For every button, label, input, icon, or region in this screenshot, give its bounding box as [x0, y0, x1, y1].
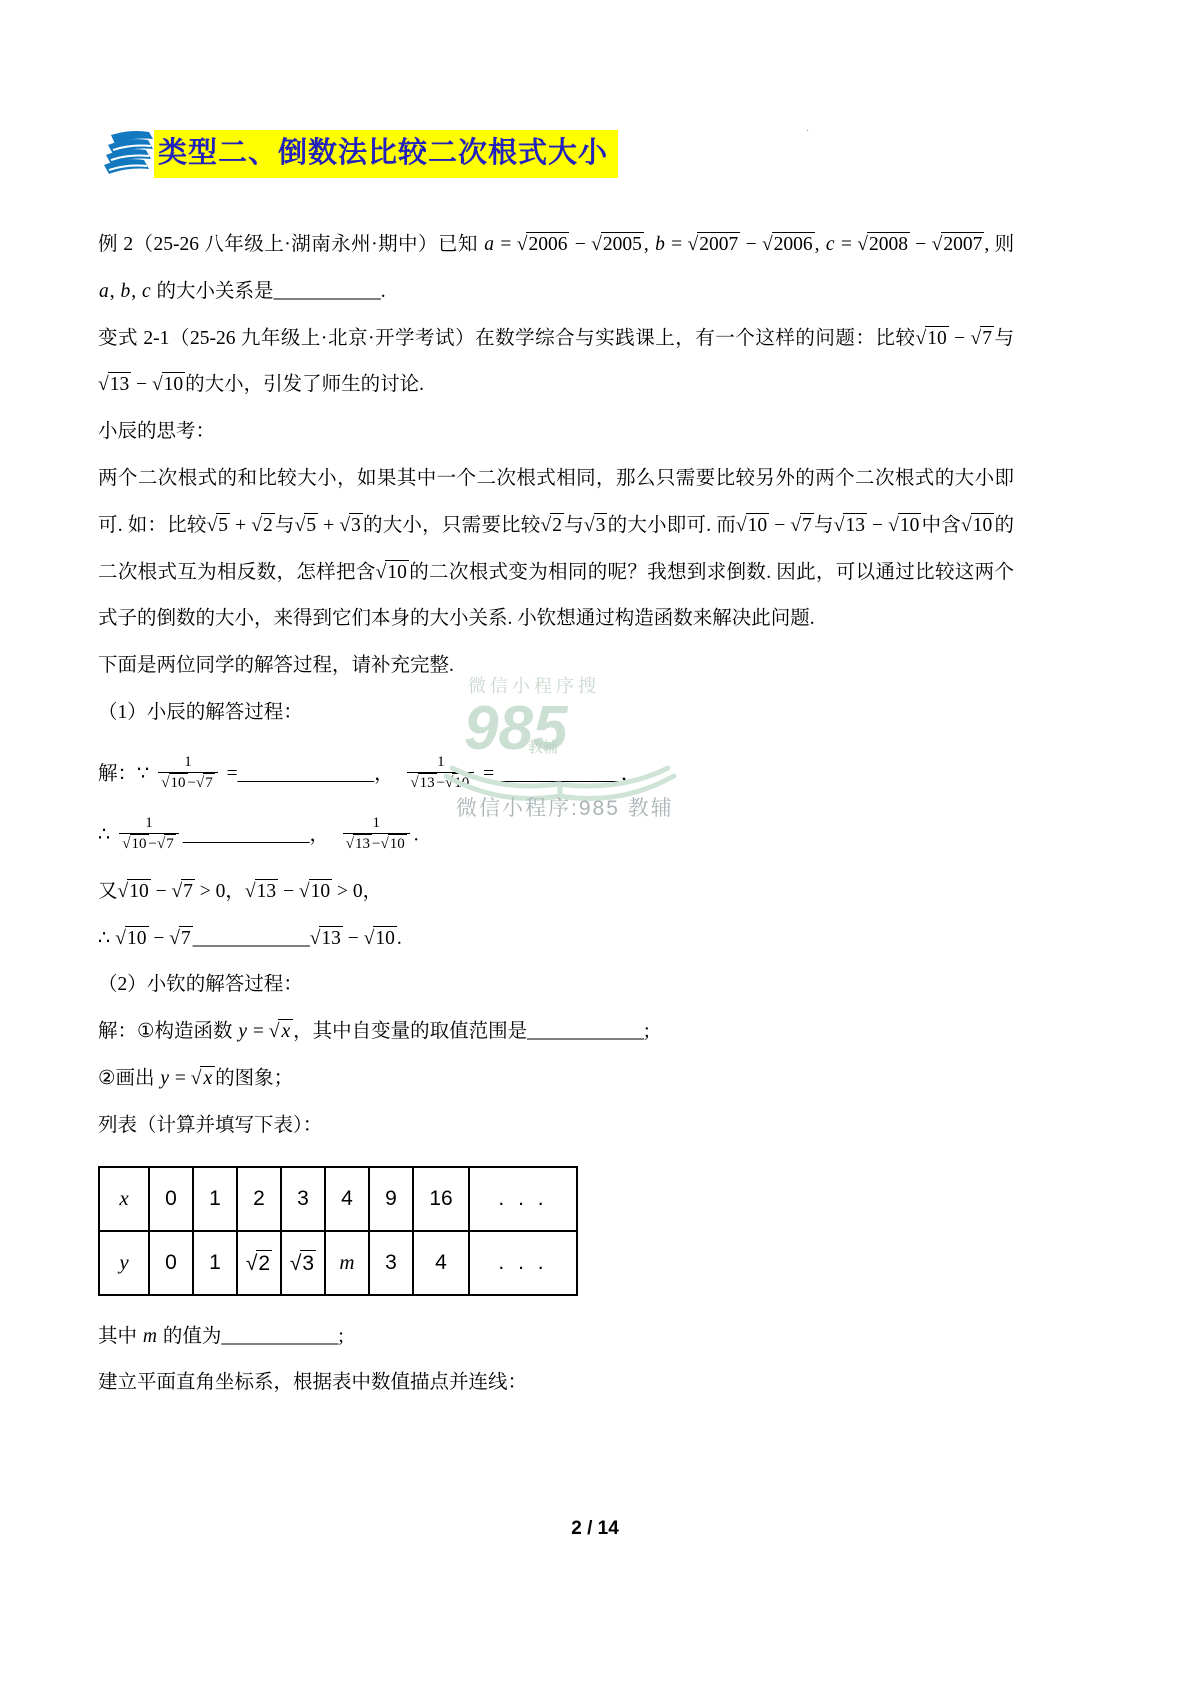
values-table: x 0 1 2 3 4 9 16 . . . y 0 1 √2 √3 m 3 4…: [98, 1166, 578, 1296]
table-cell: 3: [281, 1167, 325, 1231]
table-cell: x: [99, 1167, 149, 1231]
sqrt: √13: [245, 869, 278, 916]
table-cell: 3: [369, 1231, 413, 1295]
page-title: 类型二、倒数法比较二次根式大小: [154, 130, 618, 179]
title-banner: 类型二、倒数法比较二次根式大小: [100, 126, 618, 182]
sqrt: √10: [376, 550, 409, 597]
sqrt: √5: [207, 503, 230, 550]
table-cell: √3: [281, 1231, 325, 1295]
solution2-step1: 解：①构造函数 y = √x，其中自变量的取值范围是____________;: [98, 1009, 1014, 1056]
fraction: 1√10−√7: [119, 814, 178, 855]
table-cell: 16: [413, 1167, 469, 1231]
sqrt: √x: [269, 1009, 293, 1056]
sqrt: √7: [196, 773, 215, 794]
sqrt: √10: [115, 916, 148, 963]
sqrt: √10: [736, 503, 769, 550]
sqrt: √10: [380, 834, 406, 855]
completion-prompt: 下面是两位同学的解答过程，请补充完整.: [98, 643, 1014, 690]
sqrt: √3: [584, 503, 607, 550]
sqrt: √5: [295, 503, 318, 550]
sqrt: √2007: [932, 222, 985, 269]
sqrt: √7: [971, 316, 994, 363]
sqrt: √2006: [762, 222, 815, 269]
sqrt: √10: [161, 773, 187, 794]
sqrt: √7: [157, 834, 176, 855]
sqrt: √13: [834, 503, 867, 550]
page-number: 2 / 14: [0, 1518, 1190, 1540]
sqrt: √10: [364, 916, 397, 963]
sqrt: √13: [98, 362, 131, 409]
sqrt: √3: [339, 503, 362, 550]
table-cell: 9: [369, 1167, 413, 1231]
sqrt: √2: [251, 503, 274, 550]
sqrt: √10: [916, 316, 949, 363]
table-cell: 0: [149, 1167, 193, 1231]
sqrt: √7: [790, 503, 813, 550]
fraction: 1√10−√7: [158, 753, 217, 794]
table-cell: m: [325, 1231, 369, 1295]
sqrt: √13: [410, 773, 436, 794]
part2-heading: （2）小钦的解答过程：: [98, 962, 1014, 1009]
part1-heading: （1）小辰的解答过程：: [98, 690, 1014, 737]
sqrt: √x: [191, 1056, 215, 1103]
sqrt: √7: [169, 916, 192, 963]
table-row-y: y 0 1 √2 √3 m 3 4 . . .: [99, 1231, 577, 1295]
table-cell: 4: [325, 1167, 369, 1231]
sqrt: √10: [299, 869, 332, 916]
table-cell: 1: [193, 1231, 237, 1295]
table-intro: 列表（计算并填写下表）：: [98, 1103, 1014, 1150]
m-value-line: 其中 m 的值为____________;: [98, 1314, 1014, 1361]
solution2-step2: ②画出 y = √x的图象；: [98, 1056, 1014, 1103]
xiaochen-thought-label: 小辰的思考：: [98, 409, 1014, 456]
sqrt: √10: [152, 362, 185, 409]
sqrt: √10: [122, 834, 148, 855]
sqrt: √13: [346, 834, 372, 855]
document-page: 类型二、倒数法比较二次根式大小 · 例 2（25-26 八年级上·湖南永州·期中…: [0, 0, 1190, 1683]
solution1-line1: 解：∵ 1√10−√7 =______________， 1√13−√10 =_…: [98, 751, 1014, 796]
solution1-line2: ∴ 1√10−√7_____________， 1√13−√10.: [98, 812, 1014, 857]
table-cell: 2: [237, 1167, 281, 1231]
solution1-line4: ∴ √10 − √7____________√13 − √10.: [98, 916, 1014, 963]
problem-variation-2-1: 变式 2-1（25-26 九年级上·北京·开学考试）在数学综合与实践课上，有一个…: [98, 316, 1014, 410]
table-cell: 1: [193, 1167, 237, 1231]
sqrt: √2005: [591, 222, 644, 269]
table-cell: . . .: [469, 1167, 577, 1231]
table-cell: √2: [237, 1231, 281, 1295]
fraction: 1√13−√10: [343, 814, 410, 855]
table-cell: . . .: [469, 1231, 577, 1295]
coordinate-line: 建立平面直角坐标系，根据表中数值描点并连线：: [98, 1360, 1014, 1407]
table-cell: 0: [149, 1231, 193, 1295]
sqrt: √3: [290, 1250, 316, 1276]
table-cell: 4: [413, 1231, 469, 1295]
problem-ex2: 例 2（25-26 八年级上·湖南永州·期中）已知 a = √2006 − √2…: [98, 222, 1014, 316]
sqrt: √10: [961, 503, 994, 550]
sqrt: √2: [541, 503, 564, 550]
sqrt: √10: [445, 773, 471, 794]
sqrt: √10: [888, 503, 921, 550]
thought-paragraph: 两个二次根式的和比较大小，如果其中一个二次根式相同，那么只需要比较另外的两个二次…: [98, 456, 1014, 643]
sqrt: √2007: [688, 222, 741, 269]
books-icon: [100, 126, 160, 182]
sqrt: √10: [118, 869, 151, 916]
table-cell: y: [99, 1231, 149, 1295]
sqrt: √2: [246, 1250, 272, 1276]
sqrt: √7: [171, 869, 194, 916]
sqrt: √13: [310, 916, 343, 963]
table-row-x: x 0 1 2 3 4 9 16 . . .: [99, 1167, 577, 1231]
fraction: 1√13−√10: [407, 753, 474, 794]
stray-mark: ·: [806, 126, 809, 137]
worksheet-content: 例 2（25-26 八年级上·湖南永州·期中）已知 a = √2006 − √2…: [98, 222, 1014, 1407]
solution1-line3: 又√10 − √7 > 0，√13 − √10 > 0，: [98, 869, 1014, 916]
sqrt: √2008: [857, 222, 910, 269]
sqrt: √2006: [517, 222, 570, 269]
